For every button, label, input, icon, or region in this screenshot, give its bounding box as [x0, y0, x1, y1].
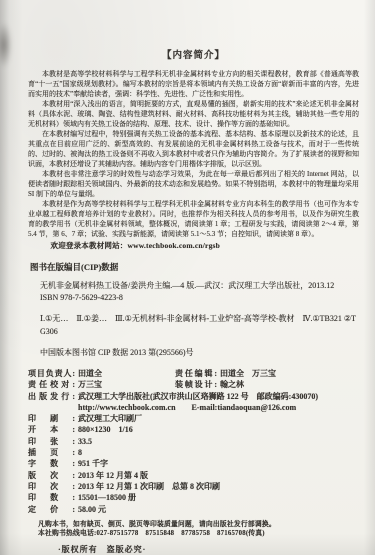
- colophon-label: 出版发行:: [28, 391, 75, 402]
- colophon-value: 2013 年 12 月第 1 次印刷 总第 8 次印刷: [78, 481, 220, 492]
- colophon-row-proofreader: 责任校对:万三宝装帧设计:翰之林: [28, 379, 359, 390]
- colophon-row-word-count: 字数:951 千字: [28, 458, 359, 469]
- intro-paragraph-5: 本教材是作为高等学校材料科学与工程学科无机非金属材料专业方向本科生的教学用书（也…: [28, 199, 359, 239]
- cip-title-line: 无机非金属材料热工设备/姜洪舟主编.—4 版.—武汉：武汉理工大学出版社，201…: [40, 280, 359, 292]
- colophon-value: 58.00 元: [78, 504, 106, 515]
- colophon-label: 开本:: [28, 424, 75, 435]
- colophon-label: 印刷:: [28, 413, 75, 424]
- cip-isbn-line: ISBN 978-7-5629-4223-8: [40, 292, 359, 304]
- colophon-label: [28, 402, 75, 413]
- colophon-value: 田道全 万三宝: [220, 368, 276, 379]
- colophon-value: 翰之林: [220, 379, 244, 390]
- colophon-row-edition: 版次:2013 年 12 月第 4 版: [28, 470, 359, 481]
- intro-paragraph-3: 在本教材编写过程中，特别强调有关热工设备的基本流程、基本结构、基本原理以及新技术…: [28, 129, 359, 169]
- intro-paragraph-1: 本教材是高等学校材料科学与工程学科无机非金属材料专业方向的相关课程教材，教育部《…: [28, 69, 359, 99]
- colophon-label: 插页:: [28, 447, 75, 458]
- colophon-label: 定价:: [28, 504, 75, 515]
- cip-classification-line: Ⅰ.①无… Ⅱ.①姜… Ⅲ.①无机材料-非金属材料-工业炉窑-高等学校-教材 Ⅳ…: [40, 312, 359, 338]
- colophon-label: 版次:: [28, 470, 75, 481]
- colophon-value: 武汉理工大印刷厂: [78, 413, 142, 424]
- quality-exchange-note: 凡购本书，如有缺页、倒页、脱页等印装质量问题，请向出版社发行部调换。: [38, 520, 359, 530]
- colophon-label: 项目负责人:: [28, 368, 75, 379]
- colophon-row-printer: 印刷:武汉理工大印刷厂: [28, 413, 359, 424]
- colophon-row-price: 定价:58.00 元: [28, 504, 359, 515]
- colophon-label: 装帧设计:: [175, 379, 217, 390]
- colophon-label: 印数:: [28, 492, 75, 503]
- colophon-value: 15501—18500 册: [78, 492, 136, 503]
- colophon-row-format: 开本:880×1230 1/16: [28, 424, 359, 435]
- colophon-label: 印张:: [28, 436, 75, 447]
- colophon-value: 2013 年 12 月第 4 版: [78, 470, 148, 481]
- colophon-row-sheets: 印张:33.5: [28, 436, 359, 447]
- colophon-label: 印次:: [28, 481, 75, 492]
- colophon-row-publisher-contacts: http://www.techbook.com.cn E-mail:tianda…: [28, 402, 359, 413]
- colophon-section: 项目负责人:田道全责任编辑:田道全 万三宝 责任校对:万三宝装帧设计:翰之林 出…: [28, 368, 359, 515]
- cip-record-number-line: 中国版本图书馆 CIP 数据 2013 第(295566)号: [40, 347, 359, 359]
- footer-section: 凡购本书，如有缺页、倒页、脱页等印装质量问题，请向出版社发行部调换。 本社购书热…: [38, 520, 359, 555]
- colophon-value: 880×1230 1/16: [78, 424, 133, 435]
- colophon-row-impression: 印次:2013 年 12 月第 1 次印刷 总第 8 次印刷: [28, 481, 359, 492]
- colophon-label: 责任校对:: [28, 379, 75, 390]
- colophon-row-project-lead: 项目负责人:田道全责任编辑:田道全 万三宝: [28, 368, 359, 379]
- colophon-row-print-run: 印数:15501—18500 册: [28, 492, 359, 503]
- textbook-website-line: 欢迎登录本教材网站：www.techbook.com.cn/rgsb: [28, 240, 359, 251]
- colophon-row-publisher: 出版发行:武汉理工大学出版社(武汉市洪山区珞狮路 122 号 邮政编码:4300…: [28, 391, 359, 402]
- colophon-row-inserts: 插页:8: [28, 447, 359, 458]
- colophon-value: http://www.techbook.com.cn E-mail:tianda…: [78, 402, 296, 413]
- book-copyright-page: 【内容简介】 本教材是高等学校材料科学与工程学科无机非金属材料专业方向的相关课程…: [0, 0, 375, 555]
- hotline-note: 本社购书热线电话:027-87515778 87515848 87785758 …: [38, 529, 359, 539]
- colophon-value: 万三宝: [78, 379, 175, 390]
- colophon-value: 33.5: [78, 436, 92, 447]
- colophon-label: 责任编辑:: [175, 368, 217, 379]
- colophon-value: 田道全: [78, 368, 175, 379]
- cip-heading: 图书在版编目(CIP)数据: [30, 262, 359, 273]
- content-summary-section: 【内容简介】 本教材是高等学校材料科学与工程学科无机非金属材料专业方向的相关课程…: [28, 50, 359, 251]
- colophon-label: 字数:: [28, 458, 75, 469]
- cip-data-section: 图书在版编目(CIP)数据 无机非金属材料热工设备/姜洪舟主编.—4 版.—武汉…: [28, 262, 359, 359]
- content-summary-heading: 【内容简介】: [28, 50, 359, 62]
- intro-paragraph-2: 本教材用“深入浅出的语言，简明扼要的方式，直观易懂的插图，崭新实用的技术”来论述…: [28, 99, 359, 129]
- intro-paragraph-4: 本教材也非常注意学习的时效性与动态学习效果，为此在每一章最后都列出了相关的 In…: [28, 169, 359, 199]
- colophon-value: 8: [78, 447, 82, 458]
- cip-body: 无机非金属材料热工设备/姜洪舟主编.—4 版.—武汉：武汉理工大学出版社，201…: [40, 280, 359, 359]
- colophon-value: 951 千字: [78, 458, 108, 469]
- scan-smudge: [0, 22, 12, 68]
- copyright-notice: ·版权所有 盗版必究·: [58, 544, 359, 555]
- colophon-value: 武汉理工大学出版社(武汉市洪山区珞狮路 122 号 邮政编码:430070): [78, 391, 318, 402]
